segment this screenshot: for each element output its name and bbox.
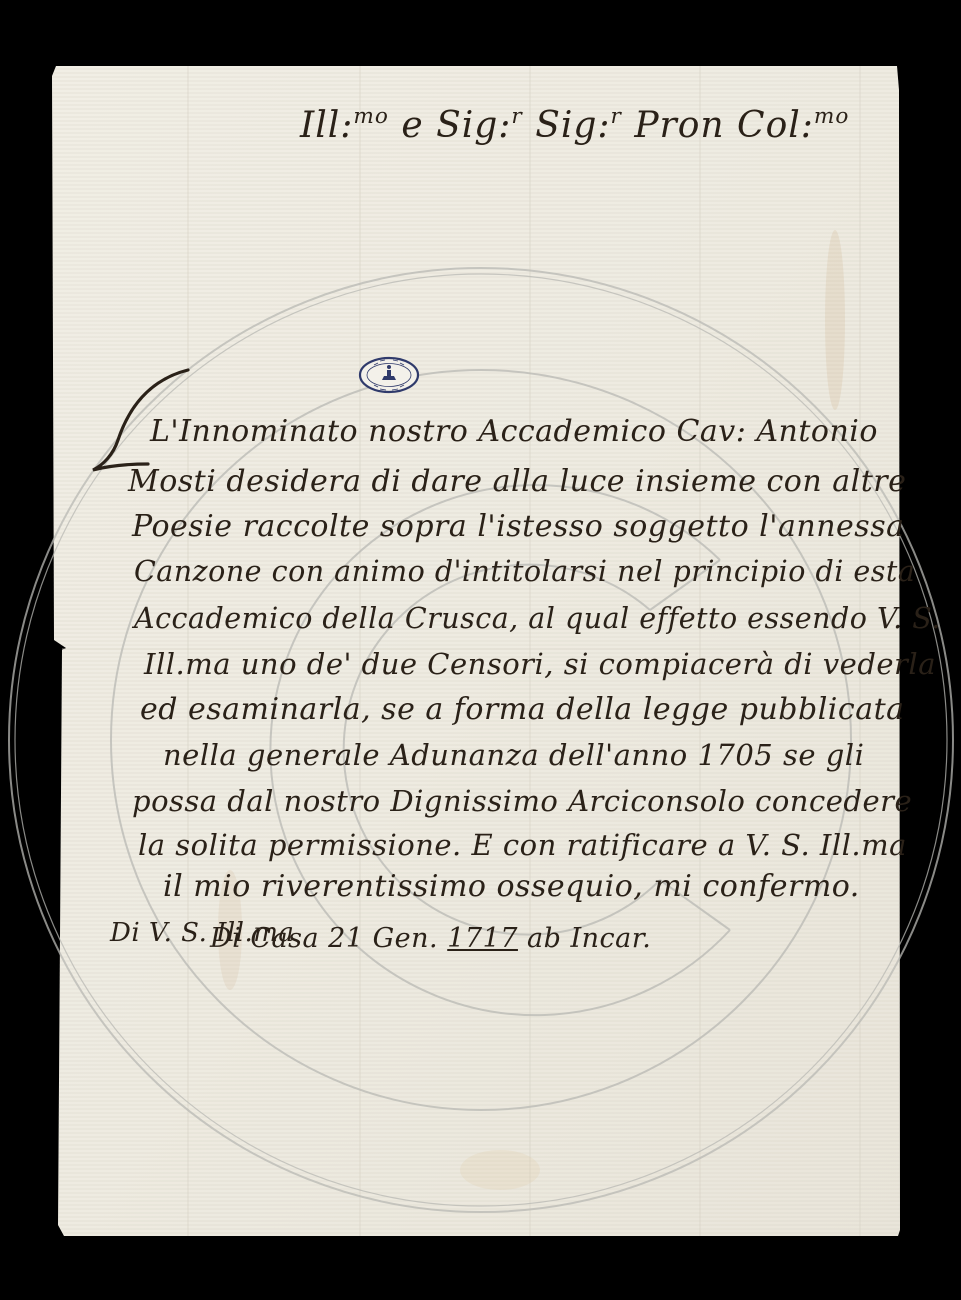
letter-line: la solita permissione. E con ratificare … xyxy=(138,828,907,862)
letter-line: il mio riverentissimo ossequio, mi confe… xyxy=(163,870,860,904)
letter-line: Ill.ma uno de' due Censori, si compiacer… xyxy=(144,647,936,681)
salutation-part: Sig: xyxy=(523,105,611,146)
document-viewer: Ill:mo e Sig:r Sig:r Pron Col:mo L'Innom… xyxy=(0,0,961,1300)
salutation-part: Ill: xyxy=(300,105,353,146)
dateline-year: 1717 xyxy=(447,923,518,954)
letter-line: Canzone con animo d'intitolarsi nel prin… xyxy=(134,555,915,589)
letter-line: Mosti desidera di dare alla luce insieme… xyxy=(128,465,906,499)
salutation-superscript: mo xyxy=(353,104,388,129)
salutation-superscript: r xyxy=(611,104,622,129)
letter-line: nella generale Adunanza dell'anno 1705 s… xyxy=(163,738,864,772)
salutation-part: e Sig: xyxy=(389,105,512,146)
letter-line: Poesie raccolte sopra l'istesso soggetto… xyxy=(132,510,904,544)
letter-line: ed esaminarla, se a forma della legge pu… xyxy=(140,693,905,727)
salutation-superscript: r xyxy=(511,104,522,129)
salutation: Ill:mo e Sig:r Sig:r Pron Col:mo xyxy=(300,104,849,146)
letter-line: L'Innominato nostro Accademico Cav: Anto… xyxy=(150,415,878,449)
dateline-prefix: Di Casa 21 Gen. xyxy=(210,923,438,954)
salutation-part: Pron Col: xyxy=(622,105,814,146)
dateline-suffix: ab Incar. xyxy=(527,923,651,954)
letter-dateline: Di Casa 21 Gen. 1717 ab Incar. xyxy=(210,922,651,956)
letter-line: possa dal nostro Dignissimo Arciconsolo … xyxy=(132,784,912,818)
letter-line: Accademico della Crusca, al qual effetto… xyxy=(134,602,941,636)
salutation-superscript: mo xyxy=(814,104,849,129)
library-stamp-icon xyxy=(358,356,420,394)
